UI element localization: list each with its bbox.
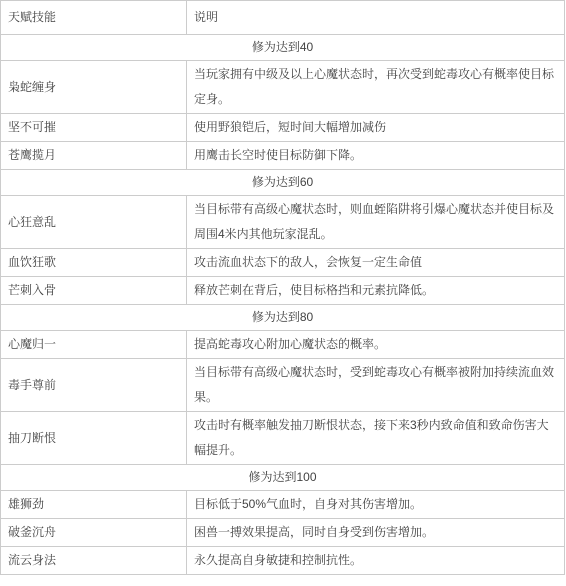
skill-desc: 当目标带有高级心魔状态时，则血蛭陷阱将引爆心魔状态并使目标及周围4米内其他玩家混… [187, 196, 565, 249]
skill-name: 血饮狂歌 [1, 249, 187, 277]
skill-name: 抽刀断恨 [1, 412, 187, 465]
table-row: 抽刀断恨 攻击时有概率触发抽刀断恨状态，接下来3秒内致命值和致命伤害大幅提升。 [1, 412, 565, 465]
section-row-100: 修为达到100 [1, 465, 565, 491]
skill-name: 心狂意乱 [1, 196, 187, 249]
skill-desc: 攻击流血状态下的敌人，会恢复一定生命值 [187, 249, 565, 277]
skill-desc: 释放芒刺在背后，使目标格挡和元素抗降低。 [187, 277, 565, 305]
header-skill-column: 天赋技能 [1, 1, 187, 35]
table-header-row: 天赋技能 说明 [1, 1, 565, 35]
talent-table-page: 天赋技能 说明 修为达到40 枭蛇缠身 当玩家拥有中级及以上心魔状态时，再次受到… [0, 0, 566, 586]
skill-name: 毒手尊前 [1, 359, 187, 412]
section-title: 修为达到40 [1, 35, 565, 61]
skill-desc: 当目标带有高级心魔状态时，受到蛇毒攻心有概率被附加持续流血效果。 [187, 359, 565, 412]
table-row: 雄狮劲 目标低于50%气血时，自身对其伤害增加。 [1, 491, 565, 519]
skill-desc: 攻击时有概率触发抽刀断恨状态，接下来3秒内致命值和致命伤害大幅提升。 [187, 412, 565, 465]
skill-name: 芒刺入骨 [1, 277, 187, 305]
skill-desc: 当玩家拥有中级及以上心魔状态时，再次受到蛇毒攻心有概率使目标定身。 [187, 61, 565, 114]
header-desc-column: 说明 [187, 1, 565, 35]
table-row: 芒刺入骨 释放芒刺在背后，使目标格挡和元素抗降低。 [1, 277, 565, 305]
skill-name: 苍鹰揽月 [1, 142, 187, 170]
table-row: 心狂意乱 当目标带有高级心魔状态时，则血蛭陷阱将引爆心魔状态并使目标及周围4米内… [1, 196, 565, 249]
table-row: 坚不可摧 使用野狼铠后，短时间大幅增加减伤 [1, 114, 565, 142]
skill-name: 流云身法 [1, 547, 187, 575]
table-row: 心魔归一 提高蛇毒攻心附加心魔状态的概率。 [1, 331, 565, 359]
section-row-60: 修为达到60 [1, 170, 565, 196]
skill-name: 枭蛇缠身 [1, 61, 187, 114]
table-row: 破釜沉舟 困兽一搏效果提高，同时自身受到伤害增加。 [1, 519, 565, 547]
skill-name: 心魔归一 [1, 331, 187, 359]
section-title: 修为达到80 [1, 305, 565, 331]
table-row: 毒手尊前 当目标带有高级心魔状态时，受到蛇毒攻心有概率被附加持续流血效果。 [1, 359, 565, 412]
skill-name: 雄狮劲 [1, 491, 187, 519]
table-row: 血饮狂歌 攻击流血状态下的敌人，会恢复一定生命值 [1, 249, 565, 277]
skill-desc: 使用野狼铠后，短时间大幅增加减伤 [187, 114, 565, 142]
skill-name: 坚不可摧 [1, 114, 187, 142]
skill-name: 破釜沉舟 [1, 519, 187, 547]
table-row: 流云身法 永久提高自身敏捷和控制抗性。 [1, 547, 565, 575]
skill-desc: 目标低于50%气血时，自身对其伤害增加。 [187, 491, 565, 519]
table-row: 枭蛇缠身 当玩家拥有中级及以上心魔状态时，再次受到蛇毒攻心有概率使目标定身。 [1, 61, 565, 114]
section-title: 修为达到60 [1, 170, 565, 196]
skill-desc: 用鹰击长空时使目标防御下降。 [187, 142, 565, 170]
section-row-80: 修为达到80 [1, 305, 565, 331]
skill-desc: 困兽一搏效果提高，同时自身受到伤害增加。 [187, 519, 565, 547]
section-row-40: 修为达到40 [1, 35, 565, 61]
skill-desc: 提高蛇毒攻心附加心魔状态的概率。 [187, 331, 565, 359]
skill-desc: 永久提高自身敏捷和控制抗性。 [187, 547, 565, 575]
talent-table: 天赋技能 说明 修为达到40 枭蛇缠身 当玩家拥有中级及以上心魔状态时，再次受到… [0, 0, 565, 575]
table-row: 苍鹰揽月 用鹰击长空时使目标防御下降。 [1, 142, 565, 170]
section-title: 修为达到100 [1, 465, 565, 491]
